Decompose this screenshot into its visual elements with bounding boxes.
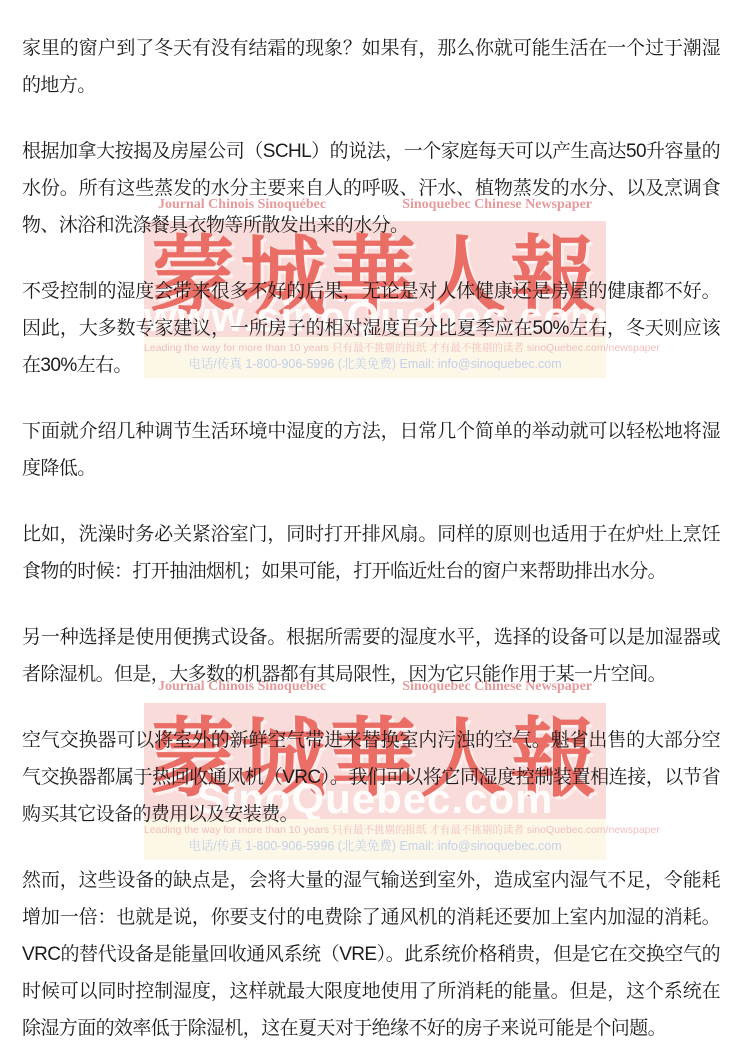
- article-paragraph-3: 不受控制的湿度会带来很多不好的后果，无论是对人体健康还是房屋的健康都不好。因此，…: [22, 273, 720, 384]
- article-paragraph-6: 另一种选择是使用便携式设备。根据所需要的湿度水平，选择的设备可以是加湿器或者除湿…: [22, 619, 720, 693]
- article-paragraph-8: 然而，这些设备的缺点是，会将大量的湿气输送到室外，造成室内湿气不足，令能耗增加一…: [22, 862, 720, 1047]
- article-body: 家里的窗户到了冬天有没有结霜的现象？如果有，那么你就可能生活在一个过于潮湿的地方…: [0, 0, 740, 1047]
- article-paragraph-1: 家里的窗户到了冬天有没有结霜的现象？如果有，那么你就可能生活在一个过于潮湿的地方…: [22, 30, 720, 104]
- article-paragraph-7: 空气交换器可以将室外的新鲜空气带进来替换室内污浊的空气。魁省出售的大部分空气交换…: [22, 722, 720, 833]
- article-paragraph-2: 根据加拿大按揭及房屋公司（SCHL）的说法，一个家庭每天可以产生高达50升容量的…: [22, 133, 720, 244]
- article-paragraph-4: 下面就介绍几种调节生活环境中湿度的方法，日常几个简单的举动就可以轻松地将湿度降低…: [22, 413, 720, 487]
- article-paragraph-5: 比如，洗澡时务必关紧浴室门，同时打开排风扇。同样的原则也适用于在炉灶上烹饪食物的…: [22, 516, 720, 590]
